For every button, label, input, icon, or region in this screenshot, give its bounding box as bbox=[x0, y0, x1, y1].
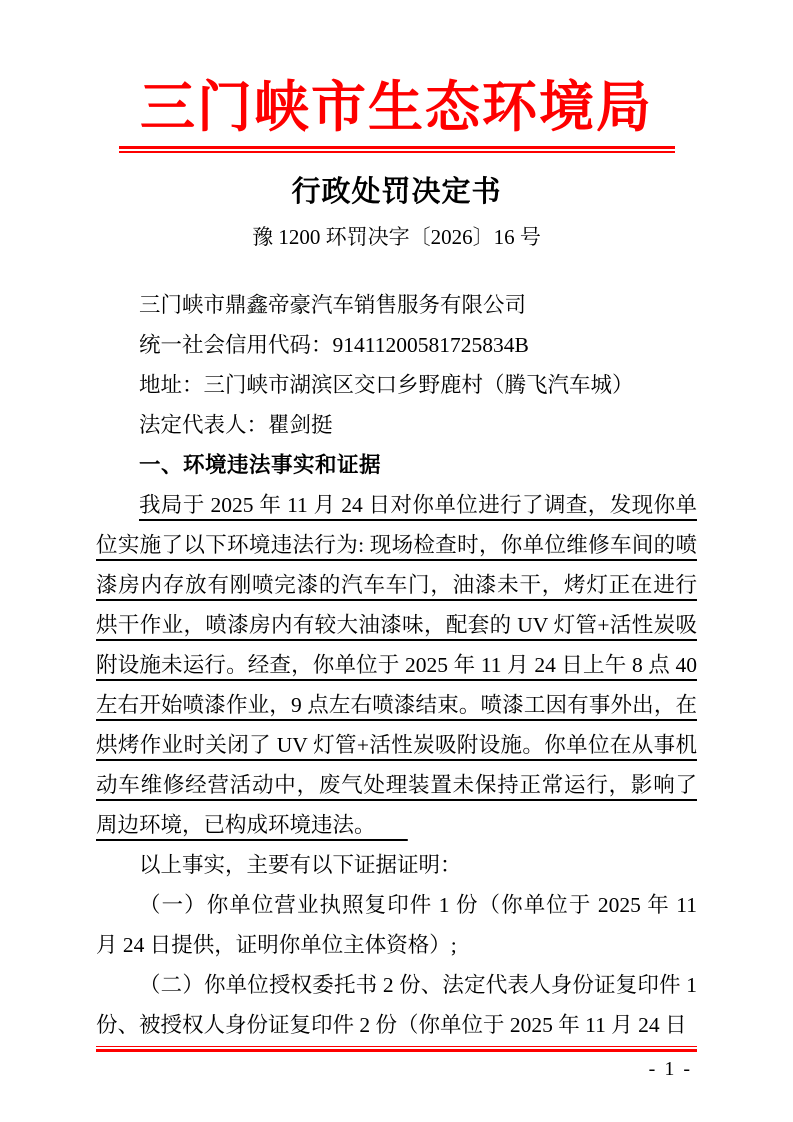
section-heading-facts-and-evidence: 一、环境违法事实和证据 bbox=[96, 445, 697, 485]
evidence-item-2: （二）你单位授权委托书 2 份、法定代表人身份证复印件 1 份、被授权人身份证复… bbox=[96, 965, 697, 1045]
recipient-credit-code: 统一社会信用代码：91411200581725834B bbox=[96, 325, 697, 365]
red-double-rule-header bbox=[119, 146, 675, 153]
recipient-address: 地址：三门峡市湖滨区交口乡野鹿村（腾飞汽车城） bbox=[96, 365, 697, 405]
document-title: 行政处罚决定书 bbox=[0, 175, 793, 209]
document-body: 三门峡市鼎鑫帝豪汽车销售服务有限公司 统一社会信用代码：914112005817… bbox=[96, 285, 697, 1045]
recipient-legal-representative: 法定代表人：瞿剑挺 bbox=[96, 405, 697, 445]
red-double-rule-footer bbox=[96, 1046, 697, 1052]
document-number: 豫 1200 环罚决字〔2026〕16 号 bbox=[0, 223, 793, 251]
recipient-company: 三门峡市鼎鑫帝豪汽车销售服务有限公司 bbox=[96, 285, 697, 325]
penalty-decision-page: 三门峡市生态环境局 行政处罚决定书 豫 1200 环罚决字〔2026〕16 号 … bbox=[0, 0, 793, 1122]
evidence-intro: 以上事实，主要有以下证据证明： bbox=[96, 845, 697, 885]
evidence-item-1: （一）你单位营业执照复印件 1 份（你单位于 2025 年 11 月 24 日提… bbox=[96, 885, 697, 965]
page-footer: - 1 - bbox=[96, 1046, 697, 1082]
page-number: - 1 - bbox=[96, 1056, 697, 1082]
agency-title: 三门峡市生态环境局 bbox=[0, 78, 793, 138]
facts-paragraph: 我局于 2025 年 11 月 24 日对你单位进行了调查，发现你单位实施了以下… bbox=[96, 485, 697, 845]
